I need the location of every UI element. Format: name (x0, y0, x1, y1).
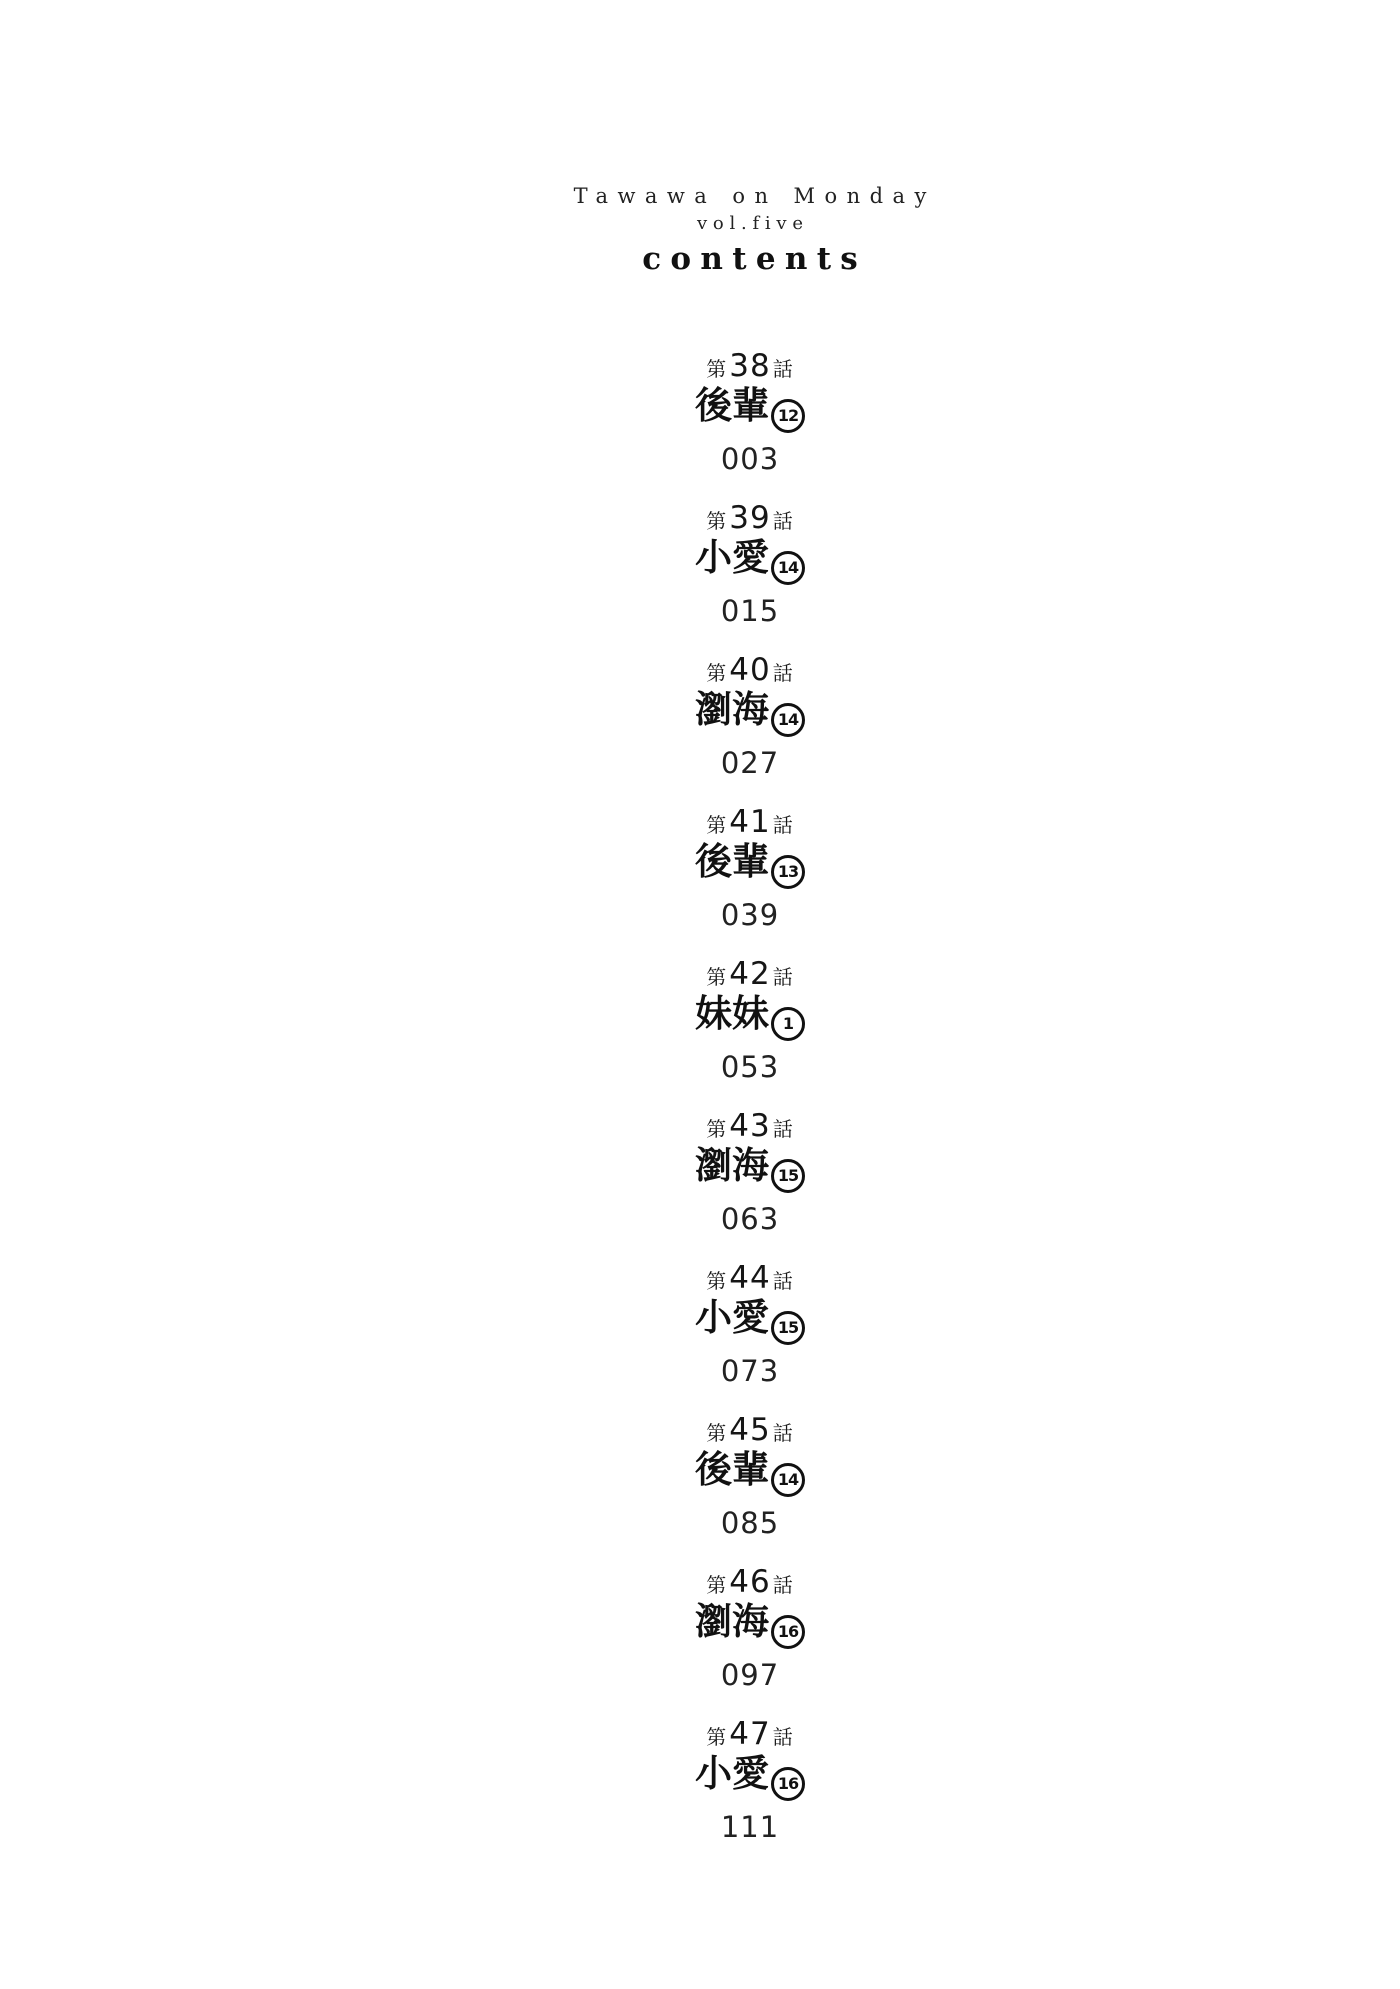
circled-number-badge: 14 (771, 703, 805, 737)
chapter-number: 44 (727, 1260, 772, 1296)
chapter-prefix: 第 (706, 1421, 727, 1445)
page-number: 111 (100, 1812, 1400, 1842)
toc-entry: 第42話 妹妹1 053 (100, 958, 1400, 1110)
circled-number-text: 15 (778, 1168, 798, 1184)
circled-number-text: 16 (778, 1624, 798, 1640)
chapter-suffix: 話 (773, 509, 794, 533)
chapter-number-line: 第45話 (100, 1414, 1400, 1451)
circled-number-badge: 15 (771, 1311, 805, 1345)
page-number: 073 (100, 1356, 1400, 1386)
chapter-title-text: 小愛 (695, 536, 769, 579)
chapter-number-line: 第42話 (100, 958, 1400, 995)
page-number: 027 (100, 748, 1400, 778)
chapter-title-line: 後輩12 (100, 387, 1400, 433)
chapter-title-line: 小愛15 (100, 1299, 1400, 1345)
page-number: 039 (100, 900, 1400, 930)
chapter-suffix: 話 (773, 1117, 794, 1141)
circled-number-text: 1 (783, 1016, 793, 1032)
page-number: 003 (100, 444, 1400, 474)
page-number: 053 (100, 1052, 1400, 1082)
circled-number-badge: 12 (771, 399, 805, 433)
circled-number-badge: 13 (771, 855, 805, 889)
chapter-title-text: 後輩 (695, 384, 769, 427)
chapter-prefix: 第 (706, 509, 727, 533)
toc-entry: 第46話 瀏海16 097 (100, 1566, 1400, 1718)
circled-number-text: 16 (778, 1776, 798, 1792)
page-number: 097 (100, 1660, 1400, 1690)
chapter-number-line: 第38話 (100, 350, 1400, 387)
chapter-title-line: 瀏海15 (100, 1147, 1400, 1193)
chapter-title-text: 妹妹 (695, 992, 769, 1035)
chapter-number-line: 第41話 (100, 806, 1400, 843)
chapter-suffix: 話 (773, 1573, 794, 1597)
chapter-title-text: 瀏海 (695, 688, 769, 731)
page-number: 015 (100, 596, 1400, 626)
chapter-number-line: 第39話 (100, 502, 1400, 539)
page-number: 063 (100, 1204, 1400, 1234)
chapter-number-line: 第44話 (100, 1262, 1400, 1299)
series-title: Tawawa on Monday (100, 186, 1400, 207)
chapter-title-text: 後輩 (695, 1448, 769, 1491)
volume-label: vol.five (100, 215, 1400, 233)
chapter-number: 45 (727, 1412, 772, 1448)
chapter-number: 47 (727, 1716, 772, 1752)
toc-header: Tawawa on Monday vol.five contents (100, 186, 1400, 275)
chapter-title-text: 瀏海 (695, 1600, 769, 1643)
circled-number-badge: 14 (771, 1463, 805, 1497)
toc-entry: 第40話 瀏海14 027 (100, 654, 1400, 806)
chapter-suffix: 話 (773, 661, 794, 685)
chapter-suffix: 話 (773, 1269, 794, 1293)
chapter-number: 40 (727, 652, 772, 688)
chapter-suffix: 話 (773, 1725, 794, 1749)
chapter-number: 43 (727, 1108, 772, 1144)
circled-number-text: 14 (778, 712, 798, 728)
toc-list: 第38話 後輩12 003 第39話 小愛14 015 第40話 瀏海14 02… (100, 350, 1400, 1870)
circled-number-badge: 1 (771, 1007, 805, 1041)
circled-number-text: 14 (778, 560, 798, 576)
page-number: 085 (100, 1508, 1400, 1538)
chapter-number: 42 (727, 956, 772, 992)
chapter-number-line: 第40話 (100, 654, 1400, 691)
circled-number-badge: 16 (771, 1615, 805, 1649)
chapter-title-line: 小愛16 (100, 1755, 1400, 1801)
toc-entry: 第44話 小愛15 073 (100, 1262, 1400, 1414)
chapter-title-text: 小愛 (695, 1296, 769, 1339)
chapter-title-line: 後輩14 (100, 1451, 1400, 1497)
chapter-suffix: 話 (773, 965, 794, 989)
toc-entry: 第45話 後輩14 085 (100, 1414, 1400, 1566)
chapter-number-line: 第46話 (100, 1566, 1400, 1603)
contents-heading: contents (100, 244, 1400, 275)
chapter-title-line: 小愛14 (100, 539, 1400, 585)
chapter-number-line: 第47話 (100, 1718, 1400, 1755)
chapter-prefix: 第 (706, 661, 727, 685)
chapter-suffix: 話 (773, 357, 794, 381)
toc-entry: 第47話 小愛16 111 (100, 1718, 1400, 1870)
chapter-suffix: 話 (773, 813, 794, 837)
toc-page: Tawawa on Monday vol.five contents 第38話 … (0, 0, 1400, 1989)
chapter-prefix: 第 (706, 813, 727, 837)
chapter-title-line: 妹妹1 (100, 995, 1400, 1041)
chapter-suffix: 話 (773, 1421, 794, 1445)
chapter-title-line: 瀏海14 (100, 691, 1400, 737)
chapter-prefix: 第 (706, 965, 727, 989)
toc-entry: 第39話 小愛14 015 (100, 502, 1400, 654)
toc-entry: 第38話 後輩12 003 (100, 350, 1400, 502)
circled-number-text: 15 (778, 1320, 798, 1336)
chapter-number: 41 (727, 804, 772, 840)
chapter-number-line: 第43話 (100, 1110, 1400, 1147)
chapter-title-line: 瀏海16 (100, 1603, 1400, 1649)
circled-number-badge: 16 (771, 1767, 805, 1801)
chapter-title-text: 後輩 (695, 840, 769, 883)
circled-number-text: 13 (778, 864, 798, 880)
chapter-prefix: 第 (706, 1117, 727, 1141)
chapter-title-text: 小愛 (695, 1752, 769, 1795)
chapter-number: 46 (727, 1564, 772, 1600)
circled-number-text: 14 (778, 1472, 798, 1488)
chapter-prefix: 第 (706, 1725, 727, 1749)
chapter-prefix: 第 (706, 1269, 727, 1293)
chapter-title-text: 瀏海 (695, 1144, 769, 1187)
circled-number-badge: 14 (771, 551, 805, 585)
circled-number-badge: 15 (771, 1159, 805, 1193)
chapter-number: 39 (727, 500, 772, 536)
chapter-prefix: 第 (706, 1573, 727, 1597)
toc-entry: 第43話 瀏海15 063 (100, 1110, 1400, 1262)
chapter-title-line: 後輩13 (100, 843, 1400, 889)
chapter-prefix: 第 (706, 357, 727, 381)
toc-entry: 第41話 後輩13 039 (100, 806, 1400, 958)
chapter-number: 38 (727, 348, 772, 384)
circled-number-text: 12 (778, 408, 798, 424)
